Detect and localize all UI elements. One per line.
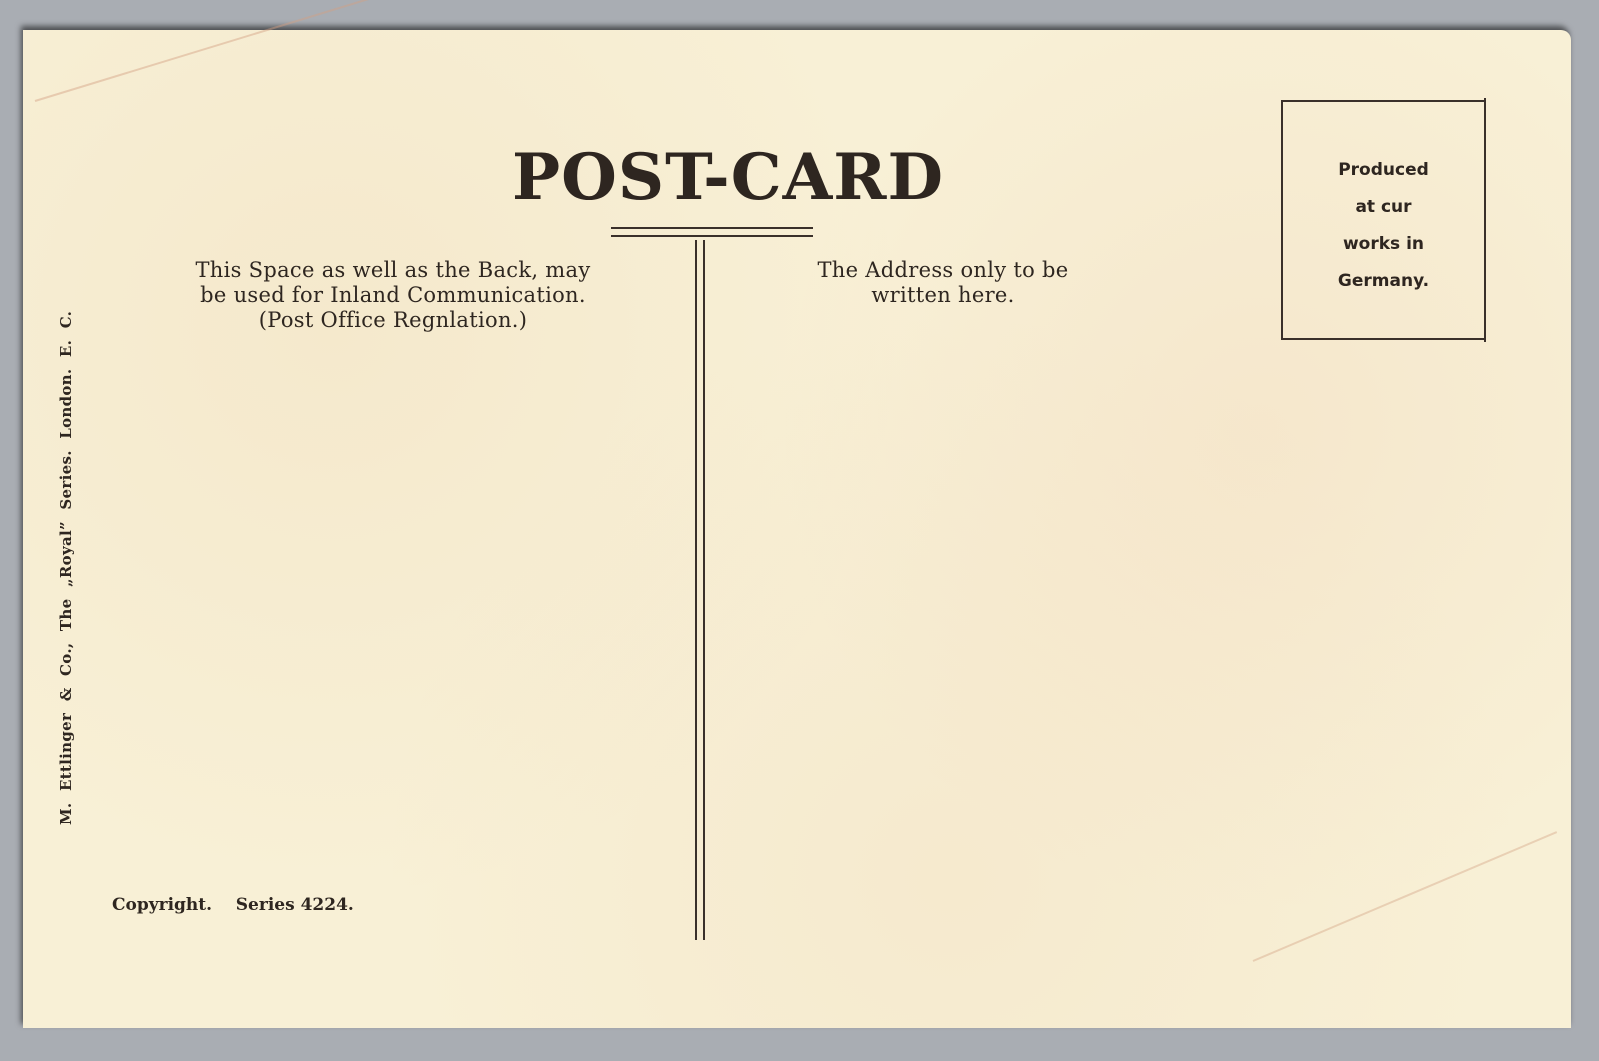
paper-crease [1253, 831, 1558, 962]
copyright-label: Copyright. [112, 895, 212, 915]
address-note-line: written here. [768, 283, 1118, 308]
stamp-text-line: Germany. [1281, 263, 1486, 300]
message-note-line: (Post Office Regnlation.) [133, 308, 653, 333]
paper-crease [35, 0, 533, 102]
stamp-text-line: Produced [1281, 152, 1486, 189]
vertical-divider-left [695, 240, 697, 940]
divider-rule-bottom [611, 235, 813, 237]
address-note-line: The Address only to be [768, 258, 1118, 283]
stamp-box-border [1281, 100, 1486, 102]
message-area-note: This Space as well as the Back, may be u… [133, 258, 653, 333]
postcard-title: POST-CARD [478, 143, 978, 213]
series-number: Series 4224. [236, 895, 354, 915]
stamp-box: Produced at cur works in Germany. [1281, 100, 1486, 340]
vertical-divider-right [703, 240, 705, 940]
postcard-back: POST-CARD This Space as well as the Back… [23, 30, 1571, 1028]
publisher-imprint: M. Ettlinger & Co., The „Royal” Series. … [57, 311, 75, 825]
address-area-note: The Address only to be written here. [768, 258, 1118, 308]
stamp-box-text: Produced at cur works in Germany. [1281, 152, 1486, 300]
copyright-line: Copyright. Series 4224. [112, 895, 354, 915]
stamp-box-border [1281, 338, 1486, 340]
message-note-line: This Space as well as the Back, may [133, 258, 653, 283]
divider-rule-top [611, 227, 813, 229]
stamp-text-line: at cur [1281, 189, 1486, 226]
stamp-text-line: works in [1281, 226, 1486, 263]
message-note-line: be used for Inland Communication. [133, 283, 653, 308]
